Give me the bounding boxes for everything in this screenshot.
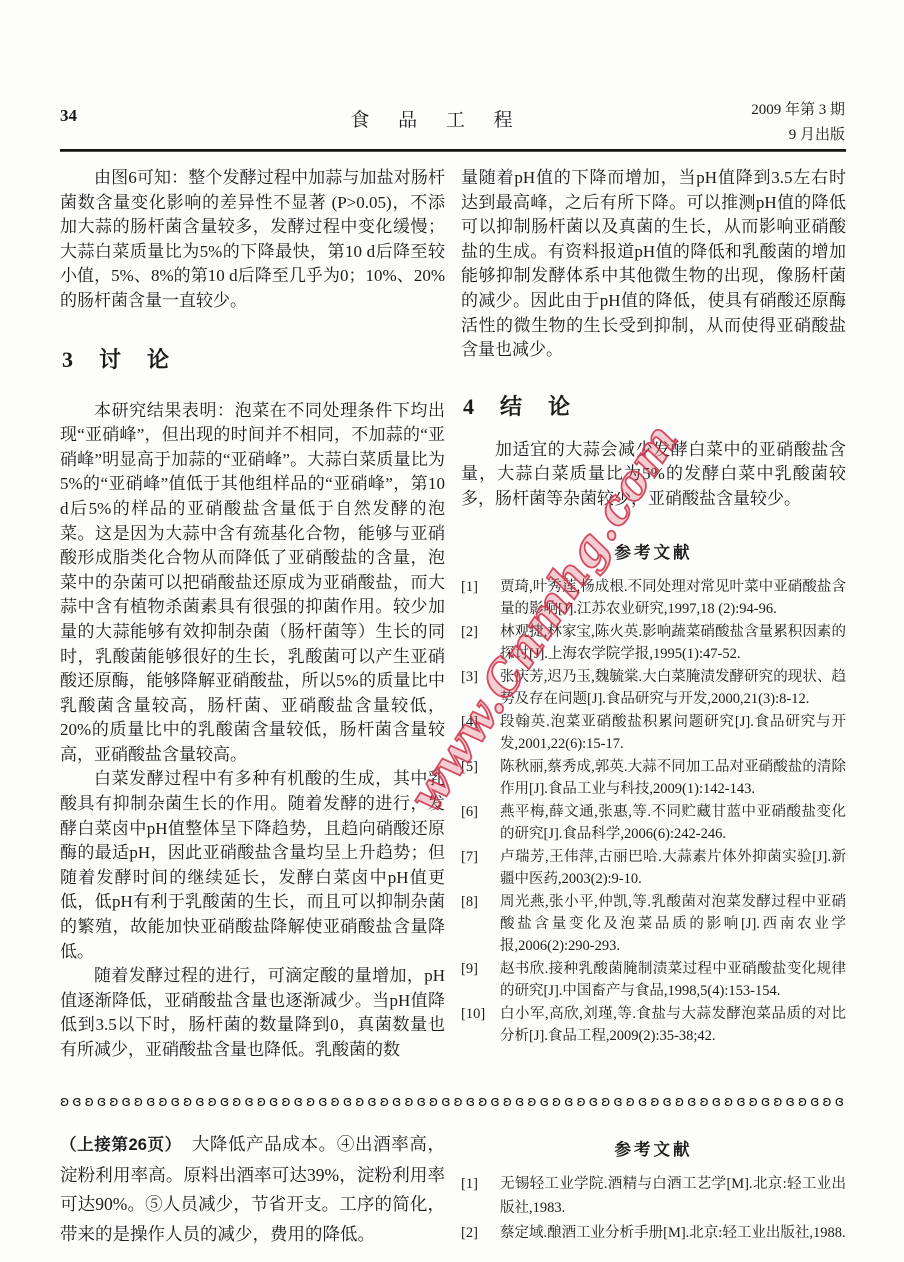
reference-item: [1] 无锡轻工业学院.酒精与白酒工艺学[M].北京:轻工业出版社,1983. — [461, 1172, 846, 1220]
page-header: 34 食 品 工 程 2009 年第 3 期 9 月出版 — [60, 98, 845, 148]
reference-item: [5] 陈秋丽,蔡秀成,郭英.大蒜不同加工品对亚硝酸盐的清除作用[J].食品工业… — [461, 756, 846, 800]
references-list: [1] 贾琦,叶秀莲,杨成根.不同处理对常见叶菜中亚硝酸盐含量的影响[J].江苏… — [461, 576, 846, 1047]
reference-text: 卢瑞芳,王伟萍,古丽巴哈.大蒜素片体外抑菌实验[J].新疆中医药,2003(2)… — [500, 846, 846, 890]
paragraph-discussion-1: 本研究结果表明：泡菜在不同处理条件下均出现“亚硝峰”，但出现的时间并不相同，不加… — [60, 399, 445, 768]
reference-text: 贾琦,叶秀莲,杨成根.不同处理对常见叶菜中亚硝酸盐含量的影响[J].江苏农业研究… — [500, 576, 846, 620]
journal-page: 34 食 品 工 程 2009 年第 3 期 9 月出版 由图6可知：整个发酵过… — [0, 0, 904, 1262]
paragraph-discussion-2: 白菜发酵过程中有多种有机酸的生成，其中乳酸具有抑制杂菌生长的作用。随着发酵的进行… — [60, 767, 445, 964]
section-heading-conclusion: 4 结 论 — [463, 390, 846, 421]
reference-label: [1] — [461, 576, 491, 620]
reference-label: [8] — [461, 891, 491, 957]
reference-text: 燕平梅,薛文通,张惠,等.不同贮藏甘蓝中亚硝酸盐变化的研究[J].食品科学,20… — [500, 801, 846, 845]
right-column: 量随着pH值的下降而增加，当pH值降到3.5左右时达到最高峰，之后有所下降。可以… — [461, 166, 846, 1063]
paragraph-conclusion: 加适宜的大蒜会减少发酵白菜中的亚硝酸盐含量，大蒜白菜质量比为5%的发酵白菜中乳酸… — [461, 438, 846, 512]
reference-text: 林观捷,林家宝,陈火英.影响蔬菜硝酸盐含量累积因素的探讨[J].上海农学院学报,… — [500, 621, 846, 665]
footer-left-column: （上接第26页） 大降低产品成本。④出酒率高，淀粉利用率高。原料出酒率可达39%… — [60, 1130, 445, 1249]
reference-item: [8] 周光燕,张小平,仲凯,等.乳酸菌对泡菜发酵过程中亚硝酸盐含量变化及泡菜品… — [461, 891, 846, 957]
reference-label: [3] — [461, 666, 491, 710]
reference-text: 陈秋丽,蔡秀成,郭英.大蒜不同加工品对亚硝酸盐的清除作用[J].食品工业与科技,… — [500, 756, 846, 800]
page-number: 34 — [60, 98, 180, 126]
issue-info: 2009 年第 3 期 — [695, 98, 845, 123]
paragraph-continued-from-p26: （上接第26页） 大降低产品成本。④出酒率高，淀粉利用率高。原料出酒率可达39%… — [60, 1130, 445, 1249]
reference-text: 段翰英.泡菜亚硝酸盐积累问题研究[J].食品研究与开发,2001,22(6):1… — [500, 711, 846, 755]
reference-label: [2] — [461, 621, 491, 665]
reference-text: 周光燕,张小平,仲凯,等.乳酸菌对泡菜发酵过程中亚硝酸盐含量变化及泡菜品质的影响… — [500, 891, 846, 957]
reference-label: [4] — [461, 711, 491, 755]
publish-info: 9 月出版 — [695, 123, 845, 148]
reference-label: [7] — [461, 846, 491, 890]
continued-from-label: （上接第26页） — [60, 1136, 174, 1154]
reference-label: [2] — [461, 1221, 491, 1245]
reference-item: [2] 蔡定域.酿酒工业分析手册[M].北京:轻工业出版社,1988. — [461, 1221, 846, 1245]
reference-item: [6] 燕平梅,薛文通,张惠,等.不同贮藏甘蓝中亚硝酸盐变化的研究[J].食品科… — [461, 801, 846, 845]
reference-item: [10] 白小军,高欣,刘瑾,等.食盐与大蒜发酵泡菜品质的对比分析[J].食品工… — [461, 1003, 846, 1047]
header-rule — [60, 149, 846, 152]
reference-text: 白小军,高欣,刘瑾,等.食盐与大蒜发酵泡菜品质的对比分析[J].食品工程,200… — [500, 1003, 846, 1047]
reference-item: [2] 林观捷,林家宝,陈火英.影响蔬菜硝酸盐含量累积因素的探讨[J].上海农学… — [461, 621, 846, 665]
reference-item: [4] 段翰英.泡菜亚硝酸盐积累问题研究[J].食品研究与开发,2001,22(… — [461, 711, 846, 755]
reference-label: [5] — [461, 756, 491, 800]
reference-text: 蔡定域.酿酒工业分析手册[M].北京:轻工业出版社,1988. — [500, 1221, 846, 1245]
reference-item: [1] 贾琦,叶秀莲,杨成根.不同处理对常见叶菜中亚硝酸盐含量的影响[J].江苏… — [461, 576, 846, 620]
left-column: 由图6可知：整个发酵过程中加蒜与加盐对肠杆菌数含量变化影响的差异性不显著 (P>… — [60, 166, 445, 1063]
journal-title: 食 品 工 程 — [180, 98, 695, 132]
section-heading-discussion: 3 讨 论 — [62, 343, 445, 374]
reference-label: [9] — [461, 958, 491, 1002]
reference-text: 无锡轻工业学院.酒精与白酒工艺学[M].北京:轻工业出版社,1983. — [500, 1172, 846, 1220]
main-content: 由图6可知：整个发酵过程中加蒜与加盐对肠杆菌数含量变化影响的差异性不显著 (P>… — [60, 166, 846, 1063]
paragraph-figure6-result: 由图6可知：整个发酵过程中加蒜与加盐对肠杆菌数含量变化影响的差异性不显著 (P>… — [60, 166, 445, 314]
references-title: 参考文献 — [461, 539, 846, 563]
reference-item: [3] 张庆芳,迟乃玉,魏毓棠.大白菜腌渍发酵研究的现状、趋势及存在问题[J].… — [461, 666, 846, 710]
paragraph-discussion-continuation: 量随着pH值的下降而增加，当pH值降到3.5左右时达到最高峰，之后有所下降。可以… — [461, 166, 846, 363]
issue-block: 2009 年第 3 期 9 月出版 — [695, 98, 845, 148]
reference-label: [6] — [461, 801, 491, 845]
footer-references-title: 参考文献 — [461, 1136, 846, 1160]
reference-text: 张庆芳,迟乃玉,魏毓棠.大白菜腌渍发酵研究的现状、趋势及存在问题[J].食品研究… — [500, 666, 846, 710]
footer-right-column: 参考文献 [1] 无锡轻工业学院.酒精与白酒工艺学[M].北京:轻工业出版社,1… — [461, 1130, 846, 1249]
reference-label: [1] — [461, 1172, 491, 1220]
ornamental-divider: ʚɞʚɞʚɞʚɞʚɞʚɞʚɞʚɞʚɞʚɞʚɞʚɞʚɞʚɞʚɞʚɞʚɞʚɞʚɞʚɞ… — [60, 1094, 846, 1114]
footer-references-list: [1] 无锡轻工业学院.酒精与白酒工艺学[M].北京:轻工业出版社,1983. … — [461, 1172, 846, 1245]
reference-label: [10] — [461, 1003, 491, 1047]
reference-item: [7] 卢瑞芳,王伟萍,古丽巴哈.大蒜素片体外抑菌实验[J].新疆中医药,200… — [461, 846, 846, 890]
reference-item: [9] 赵书欣.接种乳酸菌腌制渍菜过程中亚硝酸盐变化规律的研究[J].中国畜产与… — [461, 958, 846, 1002]
reference-text: 赵书欣.接种乳酸菌腌制渍菜过程中亚硝酸盐变化规律的研究[J].中国畜产与食品,1… — [500, 958, 846, 1002]
paragraph-discussion-3: 随着发酵过程的进行，可滴定酸的量增加，pH值逐渐降低，亚硝酸盐含量也逐渐减少。当… — [60, 964, 445, 1062]
footer-continuation-section: （上接第26页） 大降低产品成本。④出酒率高，淀粉利用率高。原料出酒率可达39%… — [60, 1130, 846, 1249]
